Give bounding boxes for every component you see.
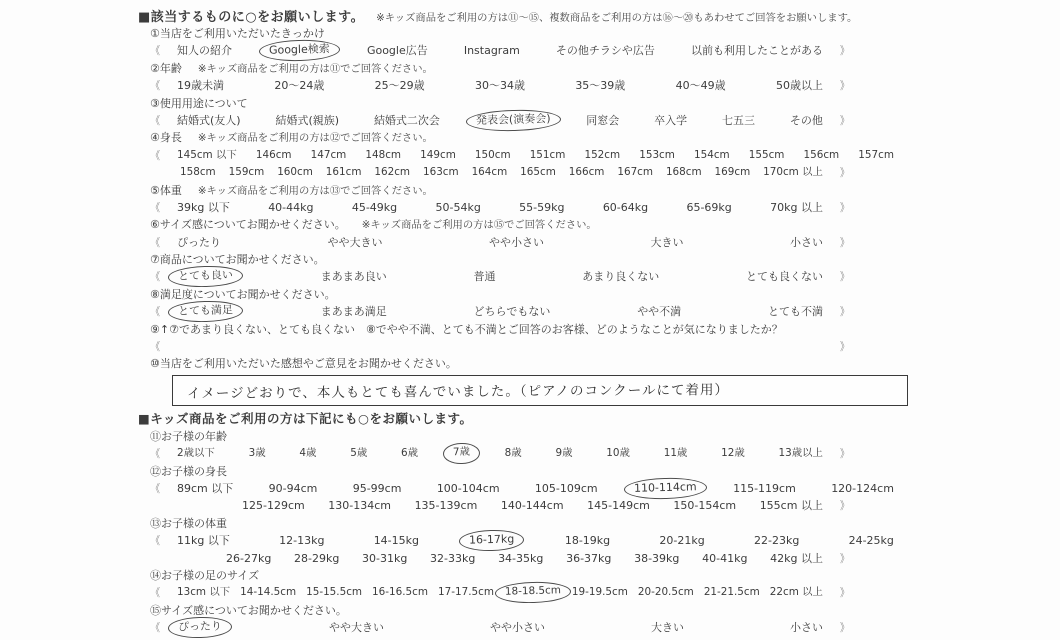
option-item: 65-69kg (686, 199, 731, 216)
question-note: ※キッズ商品をご利用の方は⑮でご回答ください。 (362, 219, 597, 231)
option-item: まあまあ良い (321, 268, 387, 285)
question-label-row: ⑮サイズ感についてお聞かせください。 (138, 602, 1053, 619)
option-item: 11歳 (664, 445, 688, 462)
option-item: 20-20.5cm (638, 584, 694, 601)
option-item: 9歳 (555, 445, 572, 462)
question-q7: ⑦商品についてお聞かせください。《とても良いまあまあ良い普通あまり良くないとても… (138, 251, 1053, 286)
handwritten-comment: イメージどおりで、本人もとても喜んでいました。（ピアノのコンクールにて着用） (187, 378, 729, 402)
options-group: 89cm 以下90-94cm95-99cm100-104cm105-109cm1… (161, 480, 910, 497)
option-item-circled: 18-18.5cm (495, 581, 571, 604)
option-item-circled: 発表会(演奏会) (466, 109, 561, 133)
option-item: 162cm (374, 164, 410, 181)
option-item: 22-23kg (754, 532, 799, 549)
options-group: 158cm159cm160cm161cm162cm163cm164cm165cm… (164, 164, 839, 181)
question-label-row: ⑦商品についてお聞かせください。 (138, 251, 1053, 268)
question-label: ⑦商品についてお聞かせください。 (150, 253, 325, 266)
close-bracket: 》 (840, 77, 849, 94)
options-row: 《ぴったりやや大きいやや小さい大きい小さい》 (138, 234, 850, 251)
question-label: ②年齢 (150, 62, 182, 75)
open-bracket: 《 (151, 338, 160, 355)
option-item: 12歳 (721, 445, 745, 462)
option-item: 160cm (277, 164, 313, 181)
options-row: 《13cm 以下14-14.5cm15-15.5cm16-16.5cm17-17… (138, 584, 850, 601)
option-item: その他チラシや広告 (556, 42, 655, 59)
question-note: ※キッズ商品をご利用の方は⑬でご回答ください。 (198, 185, 433, 197)
option-item: やや小さい (490, 619, 545, 636)
option-item: 35～39歳 (575, 77, 625, 94)
options-group: 125-129cm130-134cm135-139cm140-144cm145-… (226, 497, 839, 514)
option-item: 34-35kg (498, 550, 543, 567)
option-item: 42kg 以上 (770, 550, 823, 567)
question-q6: ⑥サイズ感についてお聞かせください。※キッズ商品をご利用の方は⑮でご回答ください… (138, 216, 1053, 251)
open-bracket: 《 (151, 619, 160, 636)
option-item: ぴったり (177, 234, 221, 251)
option-item: とても良くない (746, 268, 823, 285)
question-q9: ⑨↑⑦であまり良くない、とても良くない ⑧でやや不満、とても不満とご回答のお客様… (138, 321, 1053, 356)
question-label: ①当店をご利用いただいたきっかけ (150, 27, 325, 40)
option-item: 同窓会 (586, 112, 619, 129)
open-bracket: 《 (151, 445, 160, 462)
option-item: 105-109cm (535, 480, 598, 497)
option-item-circled: 7歳 (443, 443, 481, 465)
option-item: 18-19kg (565, 532, 610, 549)
option-item: 130-134cm (328, 497, 391, 514)
options-row: 《39kg 以下40-44kg45-49kg50-54kg55-59kg60-6… (138, 199, 850, 216)
option-item: 155cm 以上 (760, 497, 823, 514)
options-group: 2歳以下3歳4歳5歳6歳7歳8歳9歳10歳11歳12歳13歳以上 (161, 445, 839, 462)
question-q2: ②年齢※キッズ商品をご利用の方は⑪でご回答ください。《19歳未満20～24歳25… (138, 60, 1053, 95)
comment-box: イメージどおりで、本人もとても喜んでいました。（ピアノのコンクールにて着用） (172, 375, 908, 406)
option-item: 145-149cm (587, 497, 650, 514)
close-bracket: 》 (840, 338, 849, 355)
options-row: 《19歳未満20～24歳25～29歳30～34歳35～39歳40～49歳50歳以… (138, 77, 850, 94)
survey-header: ■該当するものに○をお願いします。※キッズ商品をご利用の方は⑪～⑮、複数商品をご… (138, 6, 1053, 25)
option-item: 140-144cm (501, 497, 564, 514)
question-q8: ⑧満足度についてお聞かせください。《とても満足まあまあ満足どちらでもないやや不満… (138, 286, 1053, 321)
option-item: 55-59kg (519, 199, 564, 216)
options-group: 145cm 以下146cm147cm148cm149cm150cm151cm15… (161, 147, 910, 164)
option-item: 154cm (694, 147, 730, 164)
question-label: ⑨↑⑦であまり良くない、とても良くない ⑧でやや不満、とても不満とご回答のお客様… (150, 323, 783, 336)
options-row: 《11kg 以下12-13kg14-15kg16-17kg18-19kg20-2… (138, 532, 910, 549)
option-item: 13cm 以下 (177, 584, 230, 601)
option-item: 小さい (790, 619, 823, 636)
options-row: 《89cm 以下90-94cm95-99cm100-104cm105-109cm… (138, 480, 910, 497)
option-item: 20-21kg (659, 532, 704, 549)
options-group: ぴったりやや大きいやや小さい大きい小さい (161, 234, 839, 251)
open-bracket: 《 (151, 584, 160, 601)
option-item: 151cm (530, 147, 566, 164)
option-item: 22cm 以上 (770, 584, 823, 601)
question-label: ③使用用途について (150, 97, 248, 110)
option-item: 167cm (617, 164, 653, 181)
option-item: 60-64kg (603, 199, 648, 216)
option-item: 150cm (475, 147, 511, 164)
option-item: 卒入学 (654, 112, 687, 129)
option-item: 24-25kg (849, 532, 894, 549)
option-item: 149cm (420, 147, 456, 164)
option-item: 19-19.5cm (572, 584, 628, 601)
option-item: やや大きい (328, 234, 383, 251)
option-item: 以前も利用したことがある (691, 42, 823, 59)
option-item: 普通 (474, 268, 496, 285)
option-item: 30-31kg (362, 550, 407, 567)
option-item: Google広告 (367, 42, 428, 59)
option-item: 36-37kg (566, 550, 611, 567)
option-item: どちらでもない (474, 303, 551, 320)
option-item: あまり良くない (582, 268, 659, 285)
section-title-main: ■該当するものに○をお願いします。 (138, 10, 364, 25)
option-item: 155cm (749, 147, 785, 164)
option-item: 100-104cm (437, 480, 500, 497)
options-row: 《2歳以下3歳4歳5歳6歳7歳8歳9歳10歳11歳12歳13歳以上》 (138, 445, 850, 462)
question-label-row: ⑪お子様の年齢 (138, 428, 1053, 445)
options-group: 知人の紹介Google検索Google広告Instagramその他チラシや広告以… (161, 42, 839, 59)
questions-general-section: ①当店をご利用いただいたきっかけ《知人の紹介Google検索Google広告In… (138, 25, 1053, 406)
question-label: ⑬お子様の体重 (150, 517, 227, 530)
options-group: 26-27kg28-29kg30-31kg32-33kg34-35kg36-37… (210, 550, 839, 567)
open-bracket: 《 (151, 234, 160, 251)
question-label-row: ③使用用途について (138, 95, 1053, 112)
option-item: 6歳 (401, 445, 418, 462)
question-label-row: ⑭お子様の足のサイズ (138, 567, 1053, 584)
option-item: 168cm (666, 164, 702, 181)
option-item: やや小さい (489, 234, 544, 251)
question-label: ④身長 (150, 131, 182, 144)
option-item: 158cm (180, 164, 216, 181)
option-item: 153cm (639, 147, 675, 164)
option-item: 大きい (651, 234, 684, 251)
question-label-row: ⑩当店をご利用いただいた感想やご意見をお聞かせください。 (138, 355, 1053, 372)
question-label-row: ⑤体重※キッズ商品をご利用の方は⑬でご回答ください。 (138, 182, 1053, 199)
option-item: 2歳以下 (177, 445, 215, 462)
option-item: 164cm (472, 164, 508, 181)
options-row: 158cm159cm160cm161cm162cm163cm164cm165cm… (152, 164, 850, 181)
option-item: 結婚式二次会 (374, 112, 440, 129)
option-item: 146cm (256, 147, 292, 164)
options-group: とても満足まあまあ満足どちらでもないやや不満とても不満 (161, 303, 839, 320)
option-item: 28-29kg (294, 550, 339, 567)
question-label-row: ⑧満足度についてお聞かせください。 (138, 286, 1053, 303)
option-item: 40-41kg (702, 550, 747, 567)
option-item: とても不満 (768, 303, 823, 320)
close-bracket: 》 (840, 584, 849, 601)
option-item: 知人の紹介 (177, 42, 232, 59)
question-label-row: ④身長※キッズ商品をご利用の方は⑫でご回答ください。 (138, 129, 1053, 146)
option-item: 145cm 以下 (177, 147, 237, 164)
option-item: 45-49kg (352, 199, 397, 216)
close-bracket: 》 (840, 199, 849, 216)
question-label: ⑩当店をご利用いただいた感想やご意見をお聞かせください。 (150, 357, 457, 370)
option-item: 40～49歳 (676, 77, 726, 94)
question-q10: ⑩当店をご利用いただいた感想やご意見をお聞かせください。イメージどおりで、本人も… (138, 355, 1053, 405)
options-row: 《知人の紹介Google検索Google広告Instagramその他チラシや広告… (138, 42, 850, 59)
option-item: やや大きい (329, 619, 384, 636)
option-item: 15-15.5cm (306, 584, 362, 601)
option-item: 90-94cm (269, 480, 318, 497)
option-item: 166cm (569, 164, 605, 181)
options-group: 結婚式(友人)結婚式(親族)結婚式二次会発表会(演奏会)同窓会卒入学七五三その他 (161, 112, 839, 129)
section-title-note: ※キッズ商品をご利用の方は⑪～⑮、複数商品をご利用の方は⑯～⑳もあわせてご回答を… (376, 12, 857, 24)
option-item: 12-13kg (279, 532, 324, 549)
question-q14: ⑭お子様の足のサイズ《13cm 以下14-14.5cm15-15.5cm16-1… (138, 567, 1053, 602)
question-label-row: ⑫お子様の身長 (138, 463, 1053, 480)
question-q12: ⑫お子様の身長《89cm 以下90-94cm95-99cm100-104cm10… (138, 463, 1053, 515)
option-item: 150-154cm (673, 497, 736, 514)
open-bracket: 《 (151, 199, 160, 216)
question-label: ⑤体重 (150, 184, 182, 197)
question-note: ※キッズ商品をご利用の方は⑫でご回答ください。 (198, 132, 433, 144)
option-item: 159cm (229, 164, 265, 181)
option-item: 16-16.5cm (372, 584, 428, 601)
question-q4: ④身長※キッズ商品をご利用の方は⑫でご回答ください。《145cm 以下146cm… (138, 129, 1053, 181)
option-item: 120-124cm (831, 480, 894, 497)
option-item: 169cm (715, 164, 751, 181)
section-title-kids: ■キッズ商品をご利用の方は下記にも○をお願いします。 (138, 409, 1053, 428)
option-item: 5歳 (350, 445, 367, 462)
options-group: 11kg 以下12-13kg14-15kg16-17kg18-19kg20-21… (161, 532, 910, 549)
question-q5: ⑤体重※キッズ商品をご利用の方は⑬でご回答ください。《39kg 以下40-44k… (138, 182, 1053, 217)
option-item: 8歳 (505, 445, 522, 462)
option-item: 50歳以上 (776, 77, 823, 94)
option-item: 38-39kg (634, 550, 679, 567)
question-label: ⑫お子様の身長 (150, 465, 227, 478)
close-bracket: 》 (840, 42, 849, 59)
options-group: 13cm 以下14-14.5cm15-15.5cm16-16.5cm17-17.… (161, 584, 839, 601)
questions-kids-section: ⑪お子様の年齢《2歳以下3歳4歳5歳6歳7歳8歳9歳10歳11歳12歳13歳以上… (138, 428, 1053, 637)
options-row: 《とても満足まあまあ満足どちらでもないやや不満とても不満》 (138, 303, 850, 320)
open-bracket: 《 (151, 532, 160, 549)
question-q11: ⑪お子様の年齢《2歳以下3歳4歳5歳6歳7歳8歳9歳10歳11歳12歳13歳以上… (138, 428, 1053, 463)
close-bracket: 》 (840, 164, 849, 181)
options-group: 19歳未満20～24歳25～29歳30～34歳35～39歳40～49歳50歳以上 (161, 77, 839, 94)
option-item: 152cm (584, 147, 620, 164)
option-item: 161cm (326, 164, 362, 181)
option-item: 70kg 以上 (770, 199, 823, 216)
option-item: 165cm (520, 164, 556, 181)
option-item: その他 (790, 112, 823, 129)
option-item-circled: ぴったり (168, 616, 233, 639)
option-item: 小さい (790, 234, 823, 251)
options-row: 《結婚式(友人)結婚式(親族)結婚式二次会発表会(演奏会)同窓会卒入学七五三その… (138, 112, 850, 129)
close-bracket: 》 (840, 550, 849, 567)
option-item: 95-99cm (353, 480, 402, 497)
question-label-row: ⑥サイズ感についてお聞かせください。※キッズ商品をご利用の方は⑮でご回答ください… (138, 216, 1053, 233)
option-item: 170cm 以上 (763, 164, 823, 181)
question-label-row: ⑬お子様の体重 (138, 515, 1053, 532)
question-label: ⑭お子様の足のサイズ (150, 569, 259, 582)
close-bracket: 》 (840, 234, 849, 251)
option-item: 125-129cm (242, 497, 305, 514)
option-item: 大きい (651, 619, 684, 636)
close-bracket: 》 (840, 268, 849, 285)
question-q13: ⑬お子様の体重《11kg 以下12-13kg14-15kg16-17kg18-1… (138, 515, 1053, 567)
option-item: 11kg 以下 (177, 532, 230, 549)
option-item: 148cm (365, 147, 401, 164)
option-item: 19歳未満 (177, 77, 224, 94)
option-item: 20～24歳 (274, 77, 324, 94)
option-item: 50-54kg (436, 199, 481, 216)
close-bracket: 》 (840, 112, 849, 129)
open-bracket: 《 (151, 480, 160, 497)
option-item: 157cm (858, 147, 894, 164)
question-q1: ①当店をご利用いただいたきっかけ《知人の紹介Google検索Google広告In… (138, 25, 1053, 60)
option-item: 40-44kg (268, 199, 313, 216)
close-bracket: 》 (840, 303, 849, 320)
option-item: 89cm 以下 (177, 480, 233, 497)
options-row: 《145cm 以下146cm147cm148cm149cm150cm151cm1… (138, 147, 910, 164)
option-item: 結婚式(親族) (275, 112, 339, 129)
question-q3: ③使用用途について《結婚式(友人)結婚式(親族)結婚式二次会発表会(演奏会)同窓… (138, 95, 1053, 130)
question-label: ⑪お子様の年齢 (150, 430, 227, 443)
question-label: ⑥サイズ感についてお聞かせください。 (150, 218, 346, 231)
option-item: 30～34歳 (475, 77, 525, 94)
option-item: 結婚式(友人) (177, 112, 241, 129)
close-bracket: 》 (840, 497, 849, 514)
open-bracket: 《 (151, 77, 160, 94)
option-item: 4歳 (299, 445, 316, 462)
options-row: 125-129cm130-134cm135-139cm140-144cm145-… (214, 497, 850, 514)
option-item: 17-17.5cm (438, 584, 494, 601)
option-item: 14-15kg (374, 532, 419, 549)
option-item: 七五三 (722, 112, 755, 129)
options-row: 《とても良いまあまあ良い普通あまり良くないとても良くない》 (138, 268, 850, 285)
option-item: 135-139cm (415, 497, 478, 514)
question-label: ⑧満足度についてお聞かせください。 (150, 288, 336, 301)
option-item: まあまあ満足 (321, 303, 387, 320)
option-item: 147cm (311, 147, 347, 164)
question-label: ⑮サイズ感についてお聞かせください。 (150, 604, 347, 617)
option-item: 32-33kg (430, 550, 475, 567)
option-item: Instagram (464, 42, 520, 59)
option-item: 21-21.5cm (704, 584, 760, 601)
options-row: 《》 (138, 338, 850, 355)
question-label-row: ①当店をご利用いただいたきっかけ (138, 25, 1053, 42)
question-label-row: ⑨↑⑦であまり良くない、とても良くない ⑧でやや不満、とても不満とご回答のお客様… (138, 321, 1053, 338)
open-bracket: 《 (151, 112, 160, 129)
question-q15: ⑮サイズ感についてお聞かせください。《ぴったりやや大きいやや小さい大きい小さい》 (138, 602, 1053, 637)
question-note: ※キッズ商品をご利用の方は⑪でご回答ください。 (198, 63, 433, 75)
options-row: 《ぴったりやや大きいやや小さい大きい小さい》 (138, 619, 850, 636)
option-item: 156cm (804, 147, 840, 164)
survey-sheet: ■該当するものに○をお願いします。※キッズ商品をご利用の方は⑪～⑮、複数商品をご… (138, 6, 1053, 637)
option-item: 10歳 (606, 445, 630, 462)
option-item: 25～29歳 (375, 77, 425, 94)
options-group: ぴったりやや大きいやや小さい大きい小さい (161, 619, 839, 636)
close-bracket: 》 (840, 445, 849, 462)
question-label-row: ②年齢※キッズ商品をご利用の方は⑪でご回答ください。 (138, 60, 1053, 77)
option-item: 26-27kg (226, 550, 271, 567)
open-bracket: 《 (151, 147, 160, 164)
option-item: やや不満 (637, 303, 681, 320)
option-item: 14-14.5cm (240, 584, 296, 601)
options-group: 39kg 以下40-44kg45-49kg50-54kg55-59kg60-64… (161, 199, 839, 216)
open-bracket: 《 (151, 42, 160, 59)
option-item: 163cm (423, 164, 459, 181)
option-item: 3歳 (249, 445, 266, 462)
option-item: 39kg 以下 (177, 199, 230, 216)
options-group: とても良いまあまあ良い普通あまり良くないとても良くない (161, 268, 839, 285)
option-item: 115-119cm (733, 480, 796, 497)
open-bracket: 《 (151, 268, 160, 285)
options-row: 26-27kg28-29kg30-31kg32-33kg34-35kg36-37… (198, 550, 850, 567)
open-bracket: 《 (151, 303, 160, 320)
option-item: 13歳以上 (779, 445, 823, 462)
close-bracket: 》 (840, 619, 849, 636)
